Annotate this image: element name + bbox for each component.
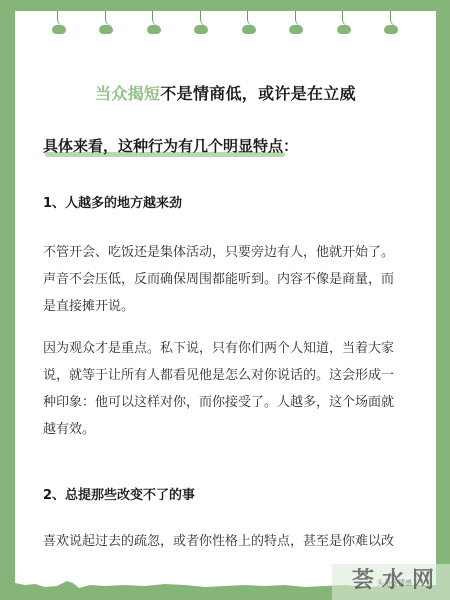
- hook-wire-icon: [342, 11, 349, 26]
- hook-icon: [147, 25, 161, 34]
- page-title: 当众揭短不是情商低，或许是在立威: [15, 81, 436, 104]
- hook-wire-icon: [105, 11, 112, 26]
- hook-icon: [99, 25, 113, 34]
- section-1-paragraph-1: 不管开会、吃饭还是集体活动，只要旁边有人，他就开始了。 声音不会压低，反而确保周…: [43, 239, 427, 320]
- spiral-binding: [15, 11, 436, 41]
- text-line: 不管开会、吃饭还是集体活动，只要旁边有人，他就开始了。: [43, 239, 427, 266]
- title-rest: 不是情商低，或许是在立威: [160, 84, 356, 103]
- hook-wire-icon: [200, 11, 207, 26]
- title-highlight: 当众揭短: [95, 84, 160, 103]
- hook-wire-icon: [152, 11, 159, 26]
- hook-icon: [194, 25, 208, 34]
- section-2-paragraph-1: 喜欢说起过去的疏忽，或者你性格上的特点，甚至是你难以改: [43, 528, 427, 555]
- watermark-sub: 头条@情感: [377, 578, 412, 588]
- hook-icon: [337, 25, 351, 34]
- hook-wire-icon: [390, 11, 397, 26]
- hook-icon: [289, 25, 303, 34]
- text-line: 说，就等于让所有人都看见他是怎么对你说话的。这会形成一: [43, 362, 427, 389]
- text-line: 喜欢说起过去的疏忽，或者你性格上的特点，甚至是你难以改: [43, 528, 427, 555]
- section-2-heading: 2、总提那些改变不了的事: [43, 484, 195, 503]
- hook-wire-icon: [247, 11, 254, 26]
- section-1-heading: 1、人越多的地方越来劲: [43, 192, 182, 211]
- hook-wire-icon: [295, 11, 302, 26]
- text-line: 越有效。: [43, 416, 427, 443]
- watermark: 荟水网 头条@情感: [332, 564, 450, 600]
- hook-wire-icon: [57, 11, 64, 26]
- text-line: 是直接摊开说。: [43, 293, 427, 320]
- hook-icon: [242, 25, 256, 34]
- text-line: 声音不会压低，反而确保周围都能听到。内容不像是商量，而: [43, 266, 427, 293]
- section-1-paragraph-2: 因为观众才是重点。私下说，只有你们两个人知道，当着大家 说，就等于让所有人都看见…: [43, 335, 427, 443]
- text-line: 种印象：他可以这样对你，而你接受了。人越多，这个场面就: [43, 389, 427, 416]
- lead-heading: 具体来看，这种行为有几个明显特点：: [43, 135, 298, 156]
- hook-icon: [52, 25, 66, 34]
- hook-icon: [384, 25, 398, 34]
- text-line: 因为观众才是重点。私下说，只有你们两个人知道，当着大家: [43, 335, 427, 362]
- notebook-page: 当众揭短不是情商低，或许是在立威 具体来看，这种行为有几个明显特点： 1、人越多…: [15, 11, 436, 591]
